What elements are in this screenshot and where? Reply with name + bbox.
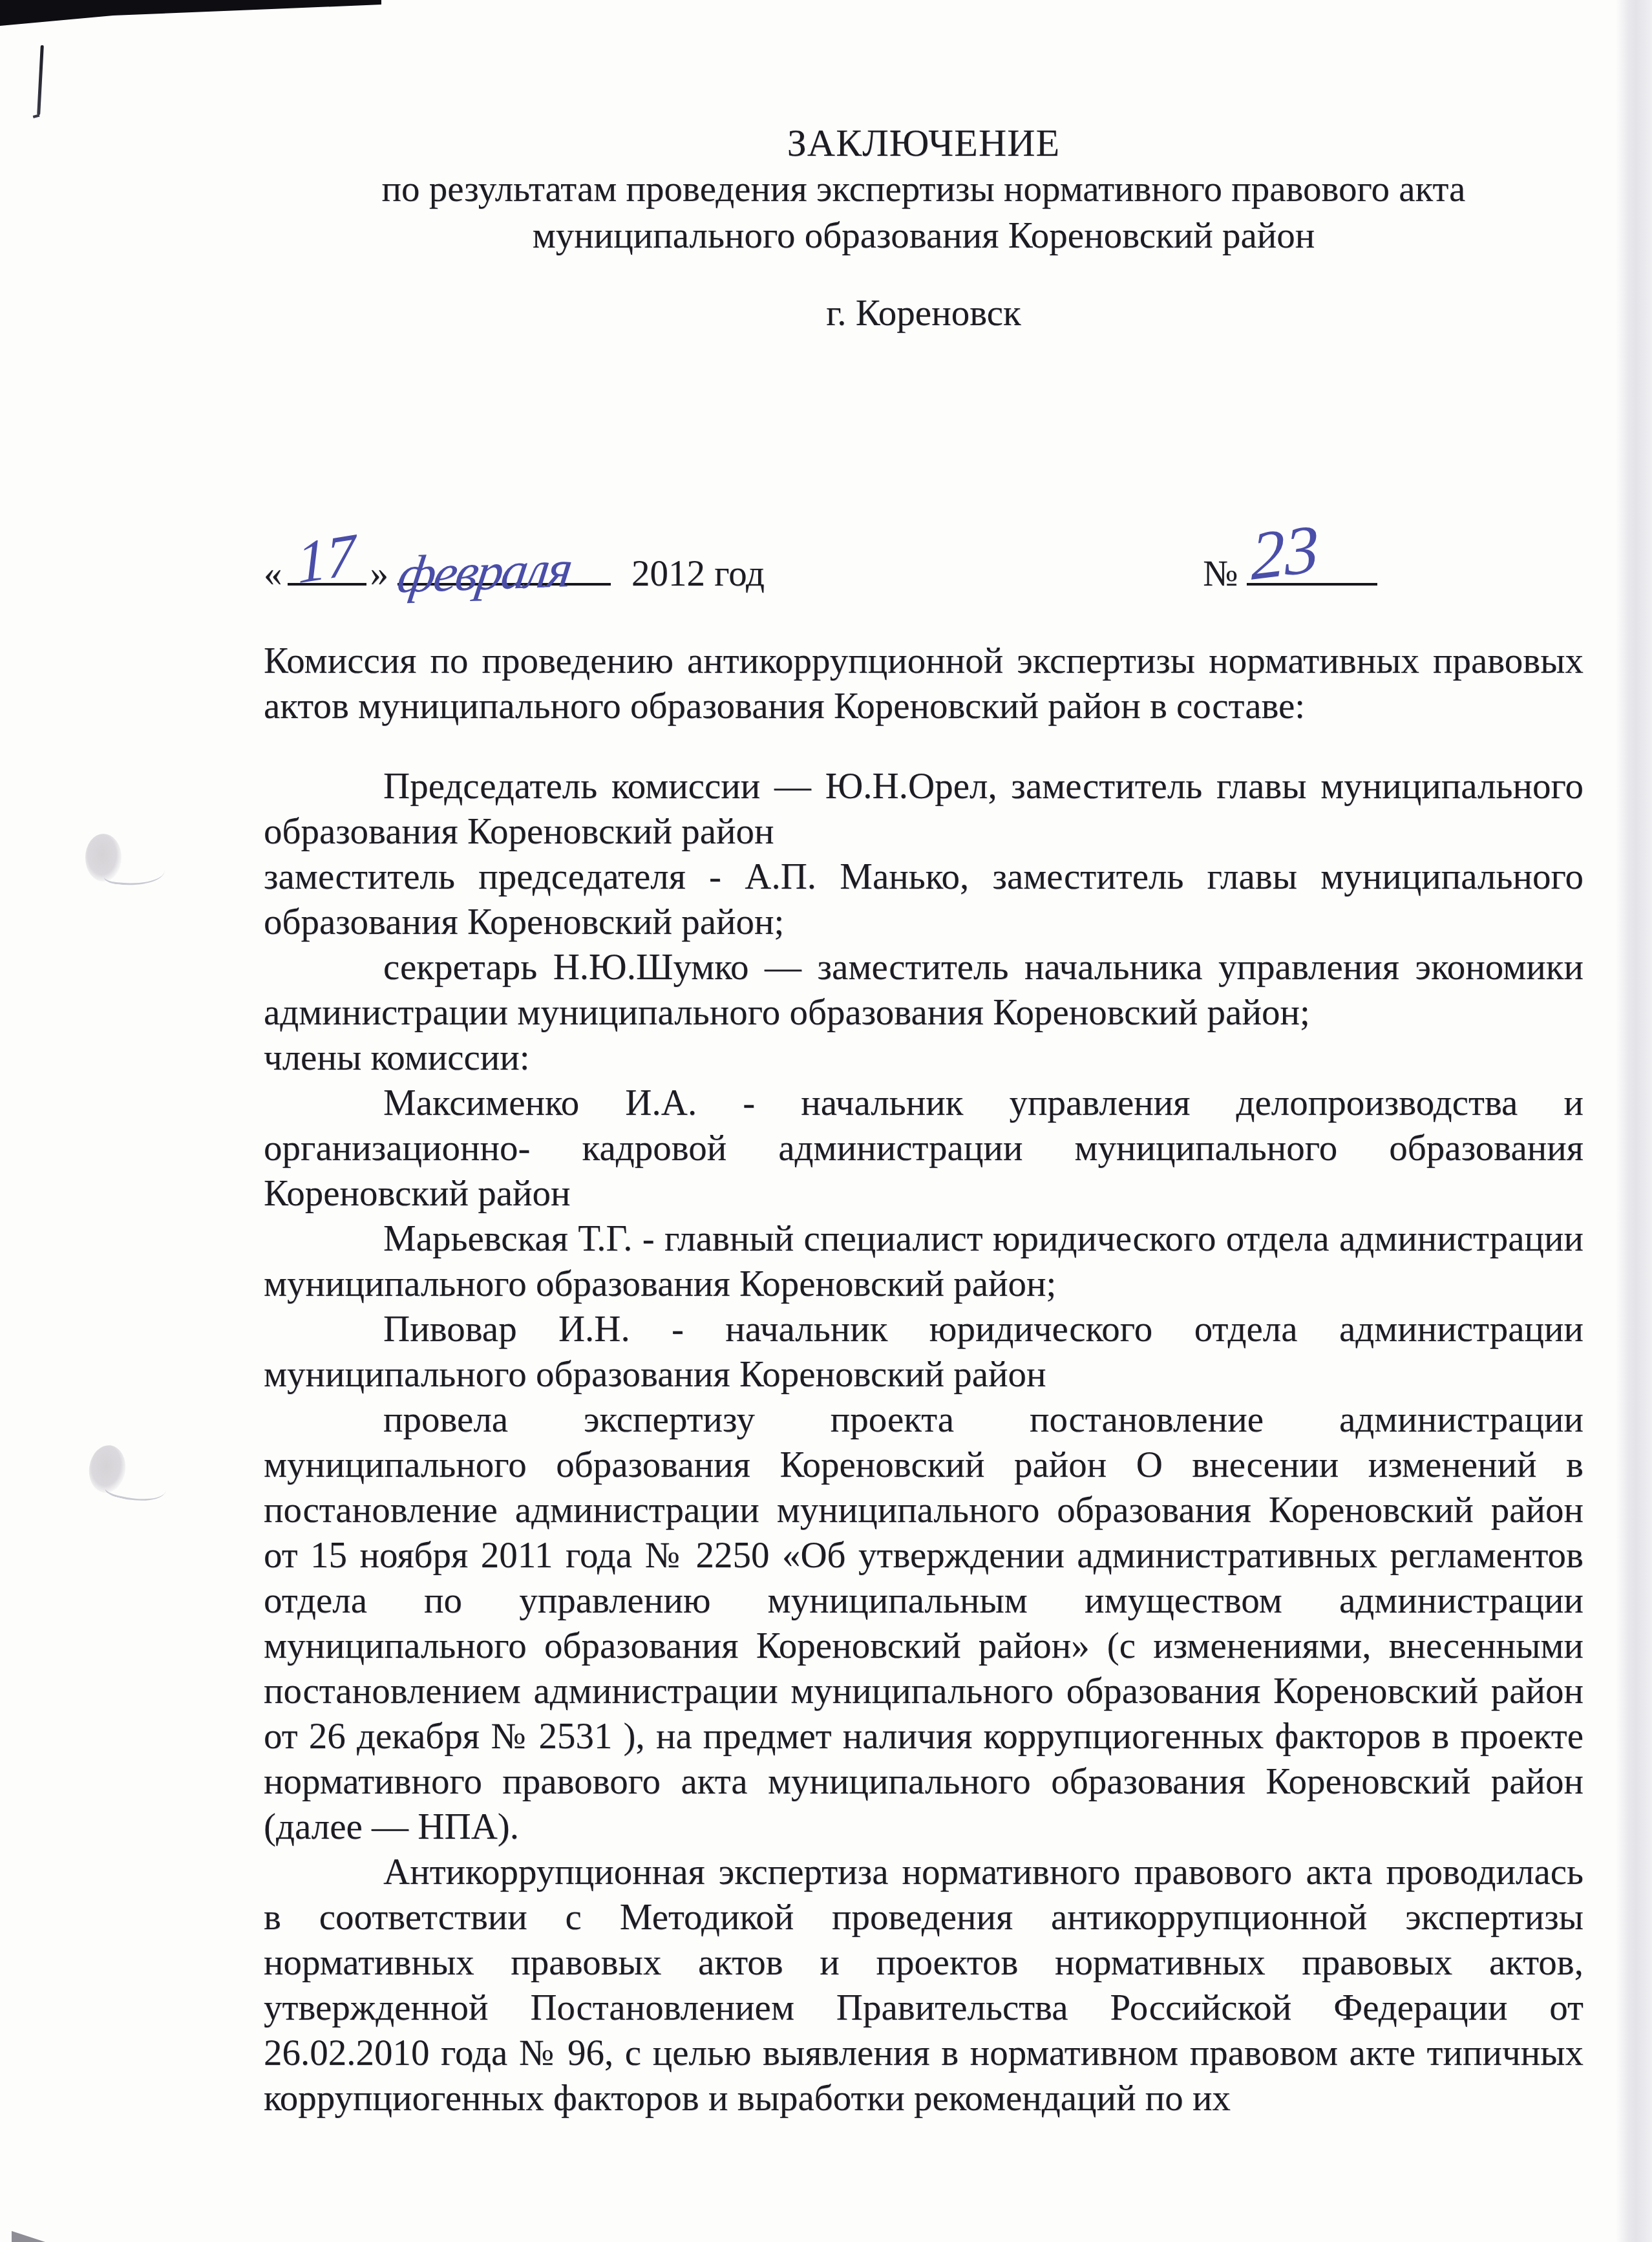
city-line: г. Кореновск — [264, 292, 1583, 334]
corner-fold-artifact — [12, 2231, 45, 2242]
body-paragraph: Пивовар И.Н. - начальник юридического от… — [264, 1307, 1583, 1397]
body-paragraph: Комиссия по проведению антикоррупционной… — [264, 639, 1583, 729]
punch-hole-shadow — [86, 1443, 129, 1495]
date-group: «17»февраля2012 год — [264, 545, 765, 595]
number-sign: № — [1203, 553, 1238, 594]
number-slot: 23 — [1247, 545, 1377, 586]
body-paragraph: Антикоррупционная экспертиза нормативног… — [264, 1850, 1583, 2121]
scan-artifact-top-band — [0, 0, 381, 27]
punch-hole-tail — [103, 859, 165, 889]
pen-mark-artifact — [37, 45, 44, 115]
document-title: ЗАКЛЮЧЕНИЕ — [264, 120, 1583, 166]
body-paragraph: Председатель комиссии — Ю.Н.Орел, замест… — [264, 764, 1583, 854]
document-subtitle-line-1: по результатам проведения экспертизы нор… — [264, 166, 1583, 213]
number-group: №23 — [1203, 545, 1377, 595]
open-quote: « — [264, 553, 282, 595]
punch-hole-shadow — [85, 834, 122, 882]
year-text: 2012 год — [631, 553, 765, 594]
body-paragraph: секретарь Н.Ю.Шумко — заместитель началь… — [264, 945, 1583, 1035]
handwritten-number: 23 — [1251, 514, 1320, 591]
body-paragraph: Марьевская Т.Г. - главный специалист юри… — [264, 1216, 1583, 1307]
handwritten-day: 17 — [295, 524, 357, 593]
body-paragraph: провела экспертизу проекта постановление… — [264, 1397, 1583, 1850]
scan-edge-shadow — [1616, 0, 1652, 2242]
body-paragraph: Максименко И.А. - начальник управления д… — [264, 1081, 1583, 1216]
month-slot: февраля — [397, 545, 611, 586]
date-number-row: «17»февраля2012 год №23 — [264, 517, 1583, 595]
punch-hole-tail — [104, 1471, 167, 1508]
document-subtitle-line-2: муниципального образования Кореновский р… — [264, 213, 1583, 259]
body-paragraph: заместитель председателя - А.П. Манько, … — [264, 854, 1583, 945]
scanned-document-page: { "theme": { "ink_color": "#4a4ea8", "te… — [0, 0, 1652, 2242]
handwritten-month: февраля — [394, 542, 574, 601]
close-quote: » — [370, 553, 389, 595]
document-body: Комиссия по проведению антикоррупционной… — [264, 639, 1583, 2121]
body-paragraph: члены комиссии: — [264, 1035, 1583, 1081]
title-block: ЗАКЛЮЧЕНИЕ по результатам проведения экс… — [264, 120, 1583, 259]
day-slot: 17 — [288, 545, 366, 586]
